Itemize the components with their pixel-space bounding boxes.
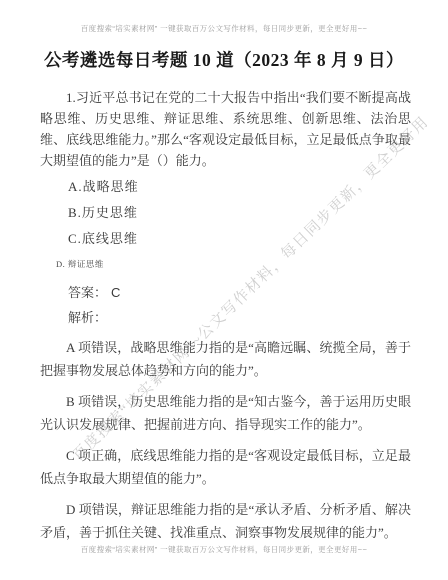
answer-line: 答案：C bbox=[68, 282, 411, 303]
answer-label: 答案： bbox=[68, 285, 107, 300]
answer-value: C bbox=[111, 285, 120, 300]
header-note: 百度搜索“培实素材网” 一键获取百万公文写作材料，每日同步更新，更全更好用~~ bbox=[0, 23, 448, 34]
footer-note: 百度搜索“培实素材网” 一键获取百万公文写作材料，每日同步更新，更全更好用~~ bbox=[0, 544, 448, 555]
analysis-paragraph-c: C 项正确，底线思维能力指的是“客观设定最低目标，立足最低点争取最大期望值的能力… bbox=[40, 445, 411, 490]
page-title: 公考遴选每日考题 10 道（2023 年 8 月 9 日） bbox=[0, 47, 448, 72]
analysis-paragraph-a: A 项错误，战略思维能力指的是“高瞻远瞩、统揽全局，善于把握事物发展总体趋势和方… bbox=[40, 337, 411, 382]
option-d: D. 辩证思维 bbox=[56, 258, 411, 270]
analysis-label: 解析： bbox=[68, 307, 411, 328]
question-stem: 1.习近平总书记在党的二十大报告中指出“我们要不断提高战略思维、历史思维、辩证思… bbox=[40, 87, 411, 171]
option-c: C.底线思维 bbox=[68, 228, 411, 249]
analysis-paragraph-b: B 项错误，历史思维能力指的是“知古鉴今，善于运用历史眼光认识发展规律、把握前进… bbox=[40, 391, 411, 436]
question-block: 1.习近平总书记在党的二十大报告中指出“我们要不断提高战略思维、历史思维、辩证思… bbox=[40, 87, 411, 544]
analysis-paragraph-d: D 项错误，辩证思维能力指的是“承认矛盾、分析矛盾、解决矛盾，善于抓住关键、找准… bbox=[40, 499, 411, 544]
option-a: A.战略思维 bbox=[68, 176, 411, 197]
option-b: B.历史思维 bbox=[68, 202, 411, 223]
exam-document-page: 百度搜索“培实素材网” 一键获取百万公文写作材料，每日同步更新，更全更好用~~ … bbox=[0, 0, 448, 580]
